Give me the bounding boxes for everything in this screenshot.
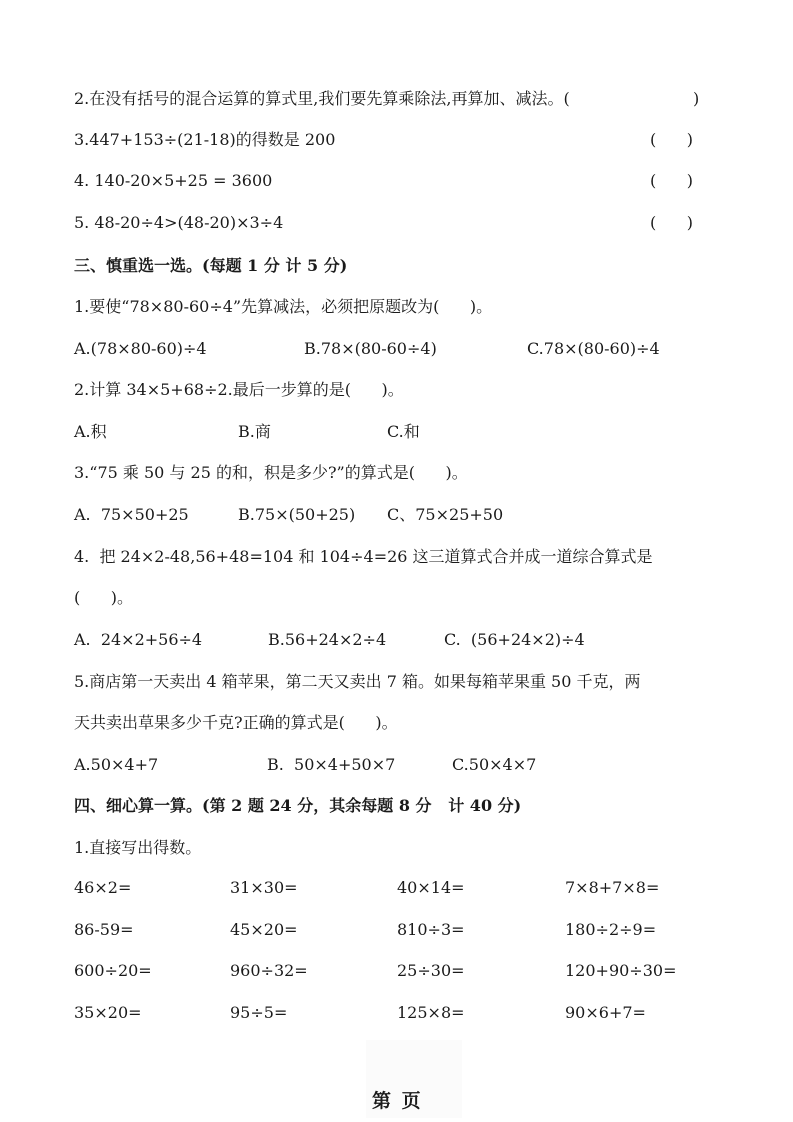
calc-cell: 960÷32=	[230, 961, 308, 981]
choice-q1-option-a[interactable]: A.(78×80-60)÷4	[74, 339, 207, 359]
calc-cell: 86-59=	[74, 920, 134, 940]
choice-q5-stem: 5.商店第一天卖出 4 箱苹果，第二天又卖出 7 箱。如果每箱苹果重 50 千克…	[74, 672, 641, 692]
choice-q4-option-c[interactable]: C. (56+24×2)÷4	[444, 630, 585, 650]
choice-q1-stem: 1.要使“78×80-60÷4”先算减法，必须把原题改为( )。	[74, 297, 492, 317]
page-number-label: 第 页	[372, 1086, 423, 1113]
choice-q5-option-b[interactable]: B. 50×4+50×7	[267, 755, 395, 775]
answer-paren[interactable]: ( )	[650, 213, 693, 233]
choice-q5-stem-cont: 天共卖出草果多少千克?正确的算式是( )。	[74, 713, 398, 733]
calc-cell: 90×6+7=	[565, 1003, 646, 1023]
choice-q3-option-a[interactable]: A. 75×50+25	[74, 505, 189, 525]
choice-q5-option-c[interactable]: C.50×4×7	[452, 755, 536, 775]
calc-cell: 95÷5=	[230, 1003, 287, 1023]
calc-cell: 40×14=	[397, 878, 465, 898]
calc-cell: 45×20=	[230, 920, 298, 940]
answer-paren[interactable]: ( )	[650, 171, 693, 191]
choice-q2-option-c[interactable]: C.和	[387, 422, 420, 442]
choice-q3-stem: 3.“75 乘 50 与 25 的和，积是多少?”的算式是( )。	[74, 463, 468, 483]
choice-q4-option-b[interactable]: B.56+24×2÷4	[268, 630, 386, 650]
section-4-title: 四、细心算一算。(第 2 题 24 分，其余每题 8 分 计 40 分)	[74, 796, 521, 816]
choice-q2-option-a[interactable]: A.积	[74, 422, 107, 442]
choice-q2-option-b[interactable]: B.商	[238, 422, 271, 442]
calc-cell: 35×20=	[74, 1003, 142, 1023]
calc-q1-stem: 1.直接写出得数。	[74, 838, 201, 858]
choice-q2-stem: 2.计算 34×5+68÷2.最后一步算的是( )。	[74, 380, 404, 400]
choice-q3-option-c[interactable]: C、75×25+50	[387, 505, 503, 525]
calc-cell: 125×8=	[397, 1003, 465, 1023]
choice-q1-option-b[interactable]: B.78×(80-60÷4)	[304, 339, 437, 359]
answer-paren[interactable]: )	[693, 89, 699, 109]
judge-item-3: 3.447+153÷(21-18)的得数是 200	[74, 130, 335, 150]
choice-q3-option-b[interactable]: B.75×(50+25)	[238, 505, 355, 525]
choice-q5-option-a[interactable]: A.50×4+7	[74, 755, 158, 775]
judge-item-2: 2.在没有括号的混合运算的算式里,我们要先算乘除法,再算加、减法。(	[74, 89, 570, 109]
choice-q4-stem: 4. 把 24×2-48,56+48=104 和 104÷4=26 这三道算式合…	[74, 547, 653, 567]
calc-cell: 7×8+7×8=	[565, 878, 659, 898]
judge-item-5: 5. 48-20÷4>(48-20)×3÷4	[74, 213, 283, 233]
section-3-title: 三、慎重选一选。(每题 1 分 计 5 分)	[74, 256, 347, 276]
calc-cell: 31×30=	[230, 878, 298, 898]
calc-cell: 25÷30=	[397, 961, 465, 981]
answer-paren[interactable]: ( )	[650, 130, 693, 150]
judge-item-4: 4. 140-20×5+25 = 3600	[74, 171, 272, 191]
choice-q4-option-a[interactable]: A. 24×2+56÷4	[74, 630, 202, 650]
calc-cell: 810÷3=	[397, 920, 465, 940]
choice-q1-option-c[interactable]: C.78×(80-60)÷4	[527, 339, 660, 359]
calc-cell: 120+90÷30=	[565, 961, 676, 981]
calc-cell: 46×2=	[74, 878, 131, 898]
choice-q4-stem-cont: ( )。	[74, 588, 133, 608]
calc-cell: 600÷20=	[74, 961, 152, 981]
calc-cell: 180÷2÷9=	[565, 920, 656, 940]
